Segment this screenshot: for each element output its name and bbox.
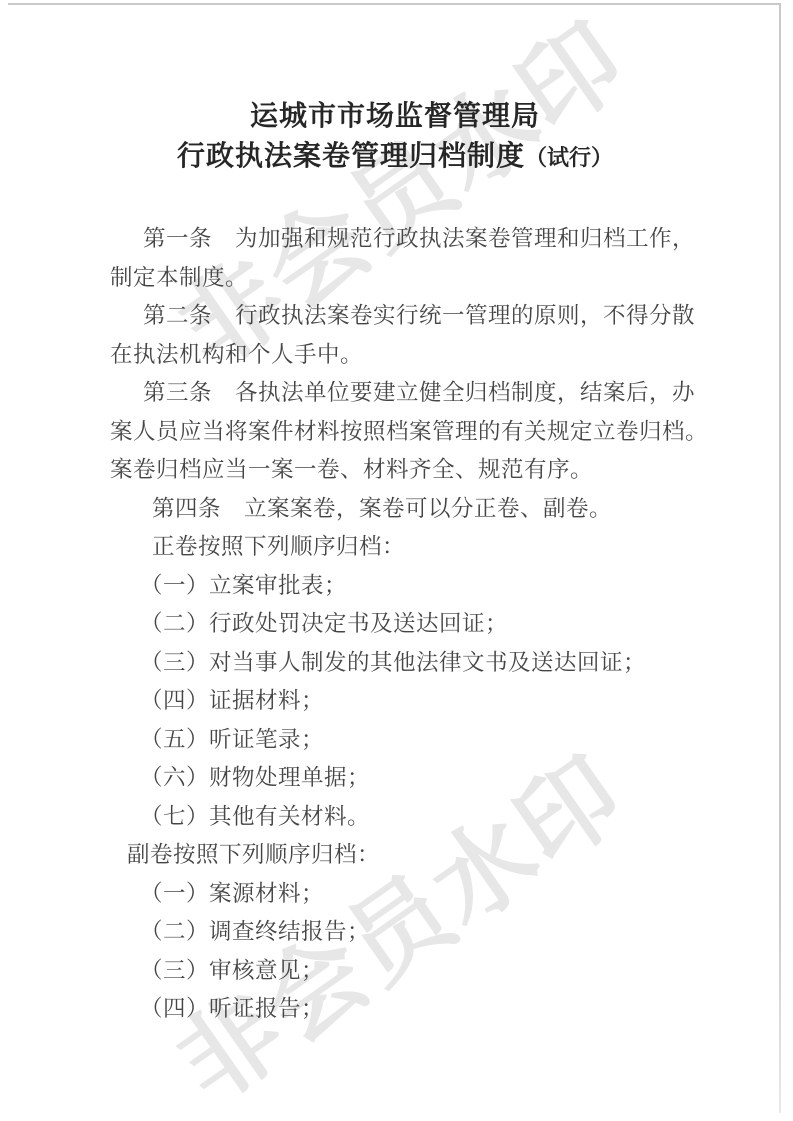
doc-line: （四）听证报告； — [110, 990, 680, 1029]
doc-line: 正卷按照下列顺序归档： — [110, 528, 680, 567]
doc-line: （四）证据材料； — [110, 682, 680, 721]
document-page: 非会员水印 非会员水印 运城市市场监督管理局 行政执法案卷管理归档制度（试行） … — [0, 0, 793, 1121]
title-line-2-suffix: （试行） — [525, 145, 613, 170]
doc-line: （三）对当事人制发的其他法律文书及送达回证； — [110, 644, 680, 683]
doc-line: （二）行政处罚决定书及送达回证； — [110, 605, 680, 644]
doc-line: 案人员应当将案件材料按照档案管理的有关规定立卷归档。 — [110, 413, 680, 452]
doc-line: （一）立案审批表； — [110, 567, 680, 606]
doc-line: （七）其他有关材料。 — [110, 798, 680, 837]
title-line-1: 运城市市场监督管理局 — [110, 97, 680, 137]
title-line-2: 行政执法案卷管理归档制度（试行） — [110, 137, 680, 178]
doc-line: （一）案源材料； — [110, 875, 680, 914]
document-body: 第一条 为加强和规范行政执法案卷管理和归档工作， 制定本制度。 第二条 行政执法… — [110, 220, 680, 1029]
doc-line: （三）审核意见； — [110, 952, 680, 991]
doc-line: 制定本制度。 — [110, 259, 680, 298]
title-line-2-main: 行政执法案卷管理归档制度 — [177, 141, 525, 172]
doc-line: （六）财物处理单据； — [110, 759, 680, 798]
doc-line: 副卷按照下列顺序归档： — [110, 836, 680, 875]
doc-line: 案卷归档应当一案一卷、材料齐全、规范有序。 — [110, 451, 680, 490]
document-content: 运城市市场监督管理局 行政执法案卷管理归档制度（试行） 第一条 为加强和规范行政… — [110, 97, 680, 1029]
doc-line: 第一条 为加强和规范行政执法案卷管理和归档工作， — [110, 220, 680, 259]
doc-line: 第三条 各执法单位要建立健全归档制度，结案后，办 — [110, 374, 680, 413]
doc-line: （二）调查终结报告； — [110, 913, 680, 952]
doc-line: 第四条 立案案卷，案卷可以分正卷、副卷。 — [110, 490, 680, 529]
doc-line: 在执法机构和个人手中。 — [110, 336, 680, 375]
document-title: 运城市市场监督管理局 行政执法案卷管理归档制度（试行） — [110, 97, 680, 178]
doc-line: （五）听证笔录； — [110, 721, 680, 760]
page-right-edge — [779, 3, 781, 1113]
doc-line: 第二条 行政执法案卷实行统一管理的原则，不得分散 — [110, 297, 680, 336]
page-top-edge — [8, 3, 781, 5]
